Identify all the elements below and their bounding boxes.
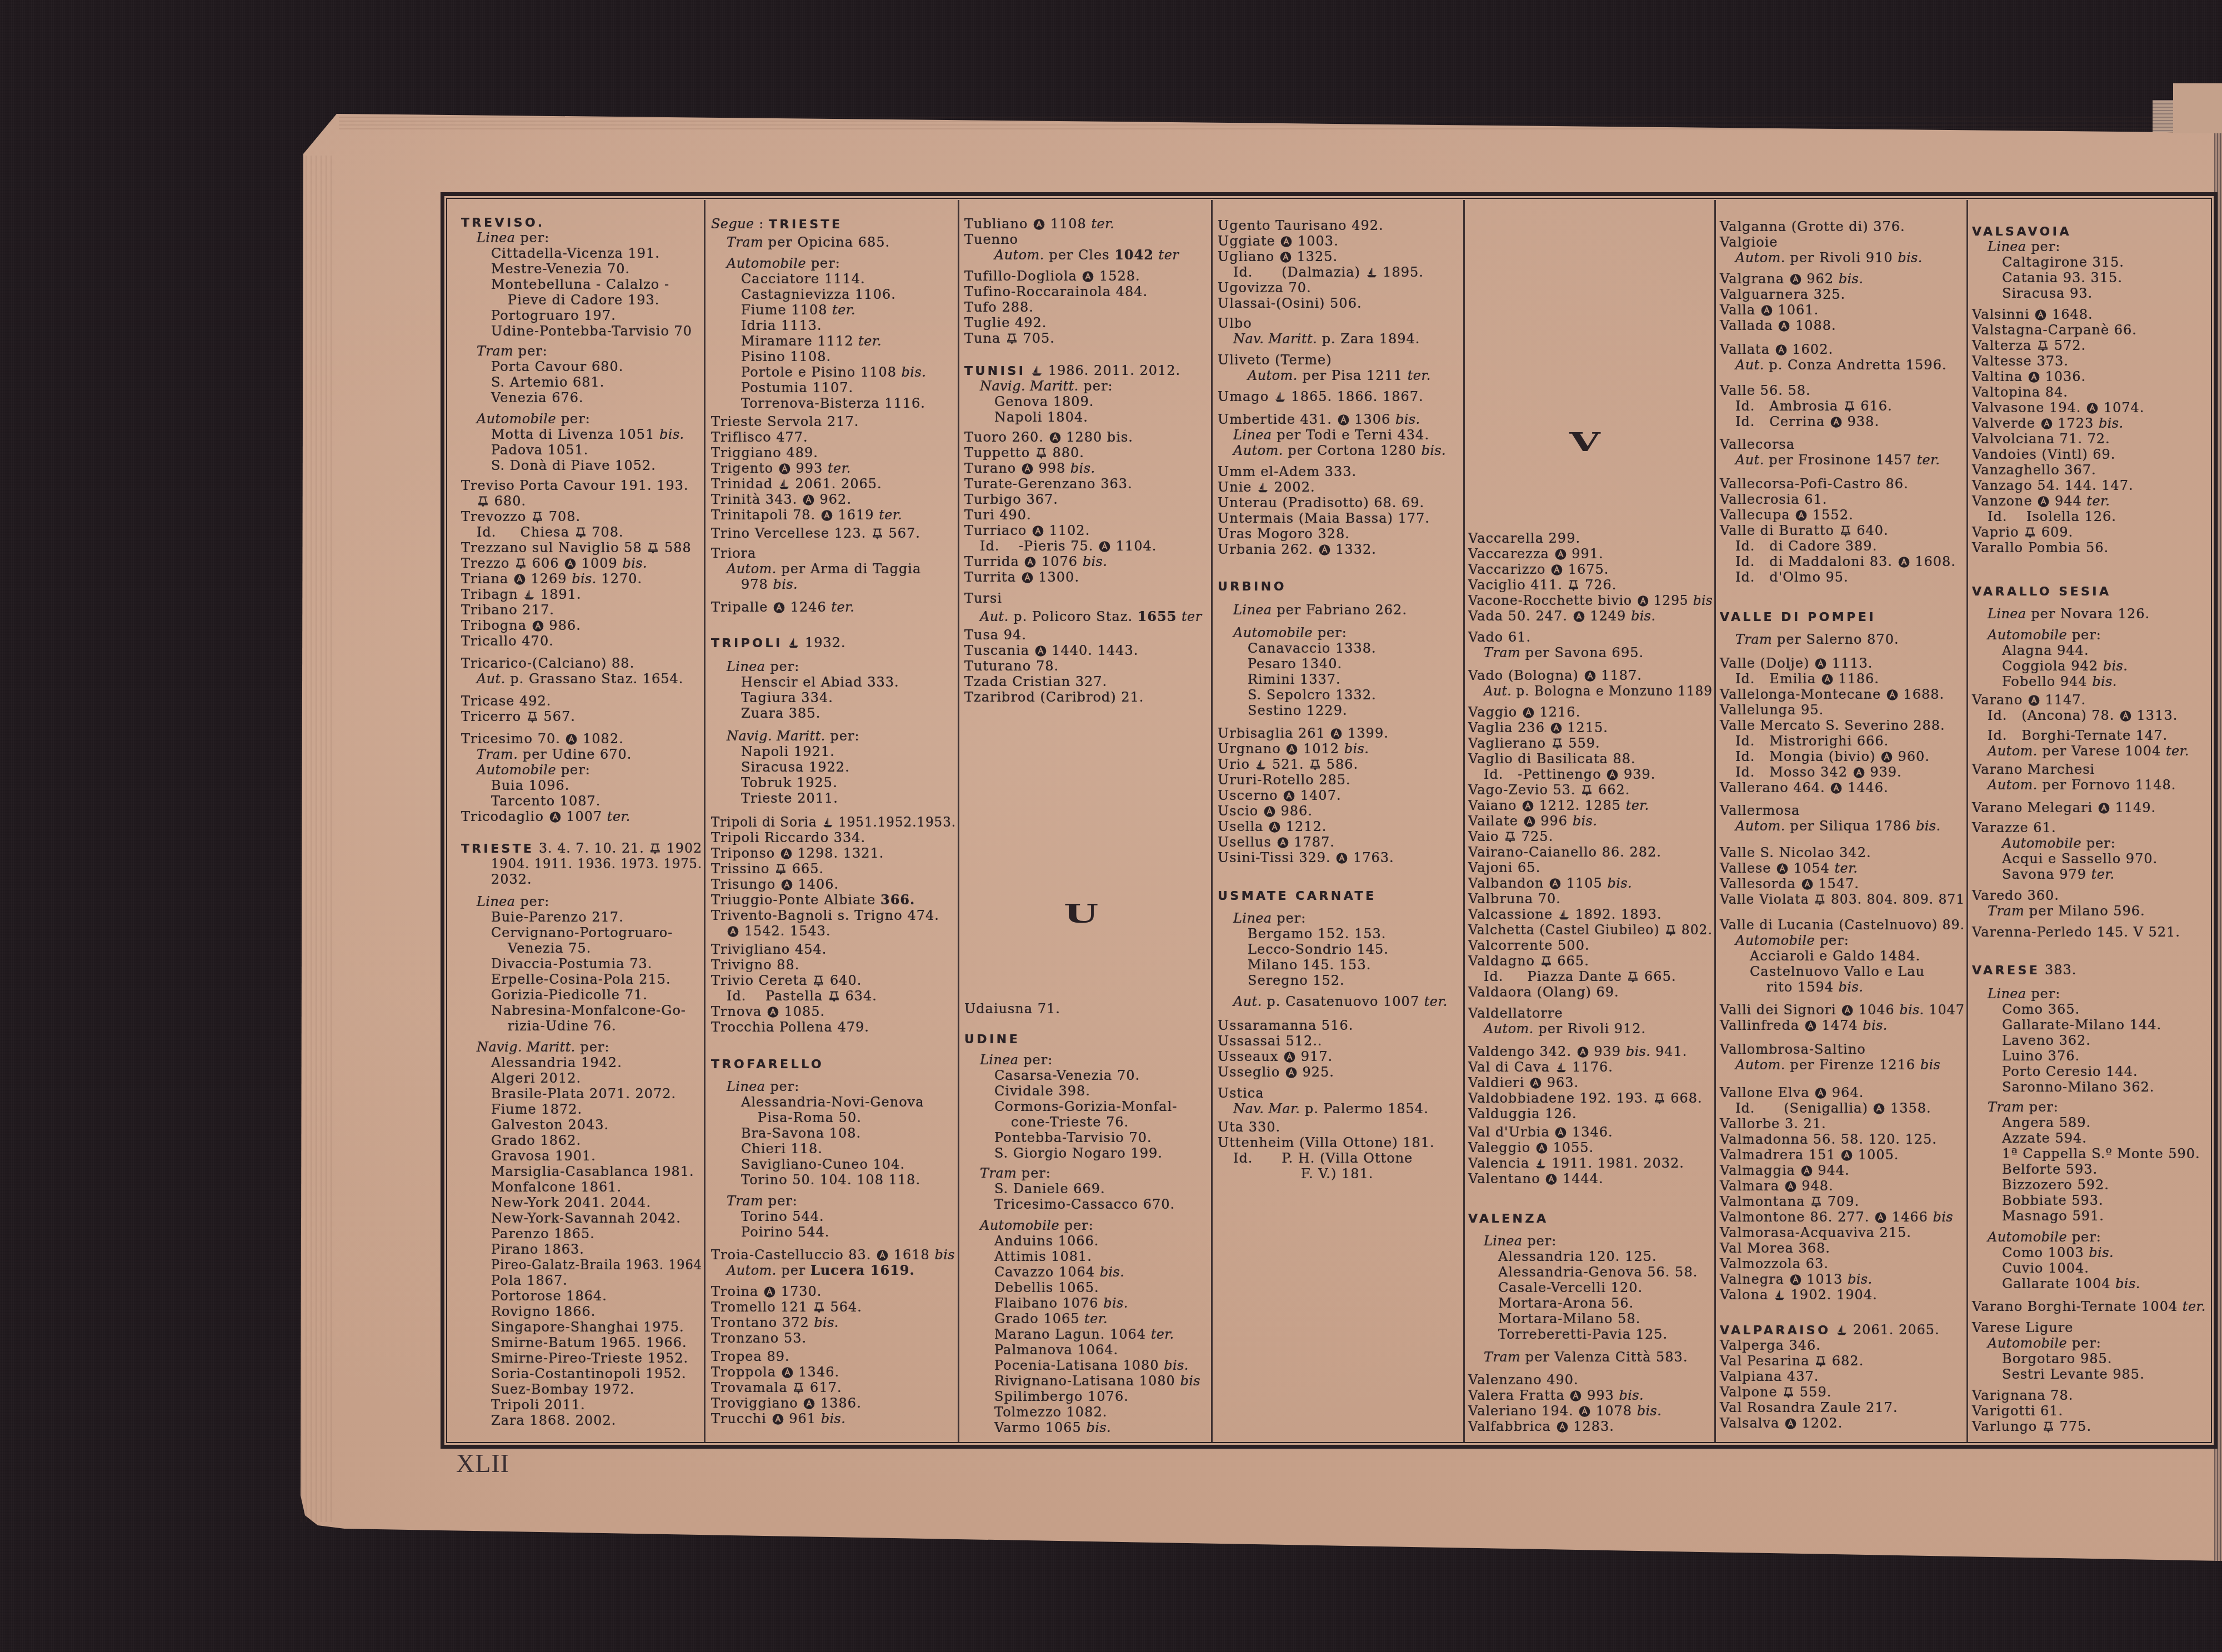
entry-text: 1891.	[536, 587, 581, 602]
entry-text: 1202.	[1797, 1415, 1843, 1431]
entry-content: S. Giorgio Nogaro 199.	[994, 1145, 1163, 1161]
entry-text: Id. Isolella 126.	[1988, 509, 2116, 524]
entry-text: Tricarico-(Calciano) 88.	[461, 655, 634, 671]
entry-content: Tripalle 1246 ter.	[711, 599, 854, 615]
entry-content: Rimini 1337.	[1248, 672, 1341, 687]
entry-text: Porto Ceresio 144.	[2002, 1064, 2138, 1079]
entry-text: Valmorasa-Acquaviva 215.	[1720, 1225, 1911, 1240]
entry-content: Valmaggia 944.	[1720, 1163, 1850, 1178]
entry-content: Vaglia 236 1215.	[1468, 720, 1608, 735]
entry-content: Singapore-Shanghai 1975.	[491, 1319, 684, 1335]
index-entry: Troina 1730.	[711, 1284, 956, 1299]
sub-entry: Id. di Cadore 389.	[1720, 538, 1965, 554]
index-entry: Varedo 360.	[1972, 888, 2214, 903]
sub-entry: Gallarate-Milano 144.	[1972, 1017, 2214, 1033]
entry-text: Valdaora (Olang) 69.	[1468, 984, 1619, 1000]
heading-text: VALSAVOIA	[1972, 225, 2071, 239]
index-entry: Ugliano 1325.	[1218, 249, 1462, 264]
sub-entry: 2032.	[461, 872, 702, 887]
sub-entry: Linea per Fabriano 262.	[1218, 602, 1462, 618]
index-entry: Valmara 948.	[1720, 1178, 1965, 1194]
entry-text: Trnova	[711, 1004, 767, 1019]
italic-label: Linea	[980, 1052, 1019, 1068]
index-entry: Trocchia Pollena 479.	[711, 1019, 956, 1035]
italic-label: bis.	[1839, 979, 1864, 995]
station-heading: VALPARAISO 2061. 2065.	[1720, 1322, 1965, 1338]
index-entry: Tuppetto 880.	[964, 445, 1209, 460]
entry-text: p. Policoro Staz.	[1009, 609, 1138, 624]
entry-content: Savona 979 ter.	[2002, 867, 2115, 882]
entry-text: Tursi	[964, 590, 1002, 606]
entry-text: Lecco-Sondrio 145.	[1248, 942, 1389, 957]
entry-content: Valduggia 126.	[1468, 1106, 1577, 1122]
sub-entry: Casale-Vercelli 120.	[1468, 1280, 1713, 1295]
automobile-icon	[1082, 271, 1094, 283]
entry-content: Gallarate-Milano 144.	[2002, 1017, 2161, 1033]
entry-text: 978	[741, 577, 773, 592]
entry-text: Trinitapoli 78.	[711, 507, 820, 523]
entry-text: Castelnuovo Vallo e Lau	[1750, 964, 1925, 979]
entry-content: Divaccia-Postumia 73.	[491, 956, 652, 972]
entry-text: 668.	[1666, 1090, 1703, 1106]
sub-entry: Portorose 1864.	[461, 1288, 702, 1304]
sub-entry: Autom. per Rivoli 910 bis.	[1720, 250, 1965, 266]
entry-content: Mortara-Arona 56.	[1498, 1295, 1634, 1311]
entry-text: Tripoli di Soria	[711, 814, 822, 830]
index-entry: Umm el-Adem 333.	[1218, 464, 1462, 479]
index-entry: Uttenheim (Villa Ottone) 181.	[1218, 1135, 1462, 1150]
entry-text: Tobruk 1925.	[741, 775, 838, 790]
sub-entry: Siracusa 1922.	[711, 759, 956, 775]
entry-content: Automobile per:	[1988, 1229, 2101, 1245]
entry-content: Automobile per:	[2002, 835, 2116, 851]
entry-text: Trovamala	[711, 1380, 792, 1395]
automobile-icon	[1022, 463, 1033, 475]
entry-text: 1407.	[1295, 788, 1341, 803]
entry-text: Tropea 89.	[711, 1349, 790, 1364]
entry-content: Tzaribrod (Caribrod) 21.	[964, 689, 1144, 705]
italic-label: ter.	[832, 302, 855, 318]
italic-label: ter.	[879, 507, 902, 523]
entry-content: Varignana 78.	[1972, 1388, 2073, 1403]
entry-text: Umago	[1218, 389, 1274, 404]
index-entry: Valtina 1036.	[1972, 369, 2214, 384]
entry-content: Trnova 1085.	[711, 1004, 825, 1019]
entry-content: VALPARAISO 2061. 2065.	[1720, 1322, 1940, 1339]
entry-text: Mortara-Milano 58.	[1498, 1311, 1640, 1326]
index-entry: Tricase 492.	[461, 693, 702, 709]
entry-text: 986.	[1276, 803, 1313, 819]
automobile-icon	[1280, 251, 1292, 263]
entry-content: Tagiura 334.	[741, 690, 833, 705]
entry-text: 1986. 2011. 2012.	[1043, 363, 1180, 378]
entry-text: Palmanova 1064.	[994, 1342, 1118, 1358]
entry-text: 939.	[1865, 764, 1902, 780]
entry-text: 1003.	[1293, 233, 1338, 249]
entry-text: 521.	[1267, 757, 1309, 772]
entry-content: Ulassai-(Osini) 506.	[1218, 296, 1362, 311]
entry-text: Id. -Pettinengo	[1484, 767, 1606, 782]
entry-text: 1007	[562, 809, 607, 824]
entry-content: Vallesorda 1547.	[1720, 876, 1859, 892]
entry-content: Lecco-Sondrio 145.	[1248, 942, 1389, 957]
italic-label: Automobile	[1735, 933, 1815, 948]
sub-entry: Alessandria 1942.	[461, 1055, 702, 1070]
entry-text: per	[777, 1263, 810, 1278]
entry-text: per:	[556, 762, 590, 778]
entry-content: Autom. per Varese 1004 ter.	[1988, 743, 2189, 759]
entry-text: Triflisco 477.	[711, 429, 808, 445]
entry-text: 1046	[1854, 1002, 1899, 1018]
sub-entry: Cittadella-Vicenza 191.	[461, 246, 702, 261]
entry-text: Troviggiano	[711, 1395, 803, 1411]
sub-entry: Gorizia-Piedicolle 71.	[461, 987, 702, 1003]
sub-entry: Caltagirone 315.	[1972, 254, 2214, 270]
entry-text: 1325.	[1292, 249, 1338, 264]
entry-content: Linea per:	[980, 1052, 1053, 1068]
sub-entry: Autom. per Firenze 1216 bis	[1720, 1057, 1965, 1073]
entry-content: Vanzaghello 367.	[1972, 462, 2096, 478]
automobile-icon	[2086, 402, 2098, 414]
sub-entry: Id. (Dalmazia) 1895.	[1218, 264, 1462, 280]
entry-text: Uttenheim (Villa Ottone) 181.	[1218, 1135, 1435, 1150]
entry-text: 1542. 1543.	[739, 923, 831, 939]
index-entry: Vallesorda 1547.	[1720, 876, 1965, 892]
italic-label: ter.	[828, 460, 851, 476]
entry-content: Id. P. H. (Villa Ottone	[1233, 1150, 1413, 1166]
entry-text: Id. Mongia (bivio)	[1735, 749, 1880, 764]
entry-content: Trieste Servola 217.	[711, 414, 859, 429]
entry-text: Valguarnera 325.	[1720, 287, 1845, 302]
entry-content: Henscir el Abiad 333.	[741, 674, 899, 690]
entry-content: Trinidad 2061. 2065.	[711, 476, 882, 492]
entry-content: Palmanova 1064.	[994, 1342, 1118, 1358]
entry-text: Cormons-Gorizia-Monfal-	[994, 1099, 1177, 1114]
entry-text: 993	[1582, 1388, 1619, 1403]
index-entry: Tuoro 260. 1280 bis.	[964, 429, 1209, 445]
entry-text: Nabresina-Monfalcone-Go-	[491, 1003, 686, 1018]
entry-text: Catania 93. 315.	[2002, 270, 2123, 286]
index-entry: Triponso 1298. 1321.	[711, 845, 956, 861]
entry-content: Bra-Savona 108.	[741, 1125, 861, 1141]
entry-content: Alessandria 120. 125.	[1498, 1249, 1657, 1264]
entry-text: 634.	[840, 988, 877, 1004]
index-entry: Turate-Gerenzano 363.	[964, 476, 1209, 492]
sub-entry: Casarsa-Venezia 70.	[964, 1068, 1209, 1083]
sub-entry: Pirano 1863.	[461, 1241, 702, 1257]
entry-text: 941.	[1650, 1044, 1687, 1059]
entry-text: S. Artemio 681.	[491, 374, 604, 390]
entry-text: per:	[1017, 1165, 1051, 1181]
entry-text: per:	[513, 343, 548, 359]
sub-entry: Acqui e Sassello 970.	[1972, 851, 2214, 867]
entry-content: Gravosa 1901.	[491, 1148, 596, 1164]
entry-content: Autom. per Arma di Taggia	[727, 561, 921, 577]
entry-text: Trivigno 88.	[711, 957, 799, 973]
sub-entry: Luino 376.	[1972, 1048, 2214, 1064]
index-entry: Trigento 993 ter.	[711, 460, 956, 476]
entry-content: Autom. per Rivoli 912.	[1484, 1021, 1646, 1037]
entry-text: Urgnano	[1218, 741, 1285, 757]
entry-text: 939.	[1619, 767, 1655, 782]
automobile-icon	[1841, 1004, 1853, 1017]
tram-icon	[1814, 894, 1825, 906]
entry-text: Tzada Cristian 327.	[964, 674, 1107, 689]
entry-text: Triponso	[711, 845, 780, 861]
entry-text: Valverde	[1972, 415, 2040, 431]
entry-content: Valcassione 1892. 1893.	[1468, 907, 1662, 922]
sub-entry: Grado 1065 ter.	[964, 1311, 1209, 1326]
sub-entry: Catania 93. 315.	[1972, 270, 2214, 286]
automobile-icon	[2028, 371, 2040, 383]
entry-text: rito 1594	[1766, 979, 1839, 995]
index-entry: Turi 490.	[964, 507, 1209, 523]
entry-text: Varazze 61.	[1972, 820, 2056, 835]
entry-text: Acciaroli e Galdo 1484.	[1750, 948, 1920, 964]
italic-label: bis.	[1848, 1271, 1873, 1287]
entry-text: Tribano 217.	[461, 602, 554, 618]
entry-text: 1280 bis.	[1062, 429, 1133, 445]
entry-content: Id. (Ancona) 78. 1313.	[1988, 708, 2178, 723]
entry-text: Pontebba-Tarvisio 70.	[994, 1130, 1152, 1145]
entry-text: 775.	[2055, 1419, 2091, 1434]
entry-text: 1688.	[1899, 687, 1944, 702]
index-entry: Valguarnera 325.	[1720, 287, 1965, 302]
entry-text: Varenna-Perledo 145. V 521.	[1972, 924, 2180, 940]
entry-content: Rovigno 1866.	[491, 1304, 595, 1319]
entry-content: Casarsa-Venezia 70.	[994, 1068, 1140, 1083]
tram-icon	[813, 1301, 825, 1314]
entry-content: VALLE DI POMPEI	[1720, 609, 1876, 625]
entry-text: 1012	[1298, 741, 1344, 757]
entry-text: Alessandria 120. 125.	[1498, 1249, 1657, 1264]
tram-icon	[647, 542, 659, 554]
entry-content: Valle Violata 803. 804. 809. 871	[1720, 892, 1965, 907]
entry-content: Torreberetti-Pavia 125.	[1498, 1326, 1668, 1342]
index-entry: Valli dei Signori 1046 bis. 1047	[1720, 1002, 1965, 1018]
sub-entry: Napoli 1921.	[711, 744, 956, 759]
index-entry: Uscerno 1407.	[1218, 788, 1462, 803]
entry-content: Tribano 217.	[461, 602, 554, 618]
italic-label: bis.	[1916, 818, 1941, 834]
heading-text: USMATE CARNATE	[1218, 889, 1377, 903]
entry-text: 640.	[825, 973, 862, 988]
entry-text: Varignana 78.	[1972, 1388, 2073, 1403]
entry-text: 1108	[1045, 216, 1091, 232]
sub-entry: Varmo 1065 bis.	[964, 1420, 1209, 1435]
italic-label: ter.	[1091, 216, 1114, 232]
entry-text: Chieri 118.	[741, 1141, 823, 1157]
ship-icon	[1031, 365, 1043, 377]
entry-text: 1730.	[776, 1284, 822, 1299]
automobile-icon	[821, 509, 833, 522]
entry-text: Marsiglia-Casablanca 1981.	[491, 1164, 694, 1179]
entry-text: Miramare 1112	[741, 333, 858, 349]
entry-content: VARESE 383.	[1972, 962, 2076, 979]
sub-entry: Bizzozero 592.	[1972, 1177, 2214, 1193]
automobile-icon	[1264, 805, 1275, 818]
entry-text: Postumia 1107.	[741, 380, 853, 396]
automobile-icon	[772, 1413, 784, 1425]
sub-entry: New-York 2041. 2044.	[461, 1195, 702, 1210]
heading-text: VALENZA	[1468, 1212, 1549, 1226]
automobile-icon	[1551, 564, 1563, 576]
entry-content: Nav. Mar. p. Palermo 1854.	[1233, 1101, 1429, 1117]
sub-entry: rizia-Udine 76.	[461, 1018, 702, 1034]
automobile-icon	[2098, 802, 2110, 814]
entry-text: 944.	[1813, 1163, 1850, 1178]
entry-text: Vaccarezza	[1468, 546, 1554, 562]
sub-entry: Sestino 1229.	[1218, 703, 1462, 718]
sub-entry: Smirne-Pireo-Trieste 1952.	[461, 1350, 702, 1366]
sub-entry: Cividale 398.	[964, 1083, 1209, 1099]
index-entry: Varallo Pombia 56.	[1972, 540, 2214, 555]
entry-content: Aut. per Frosinone 1457 ter.	[1735, 452, 1940, 468]
entry-content: Spilimbergo 1076.	[994, 1389, 1129, 1404]
entry-content: Valnegra 1013 bis.	[1720, 1271, 1872, 1287]
entry-text: Tricase 492.	[461, 693, 552, 709]
entry-text: Valganna (Grotte di) 376.	[1720, 219, 1905, 234]
entry-content: Pirano 1863.	[491, 1241, 584, 1257]
tram-icon	[1309, 759, 1321, 771]
entry-text: Varallo Pombia 56.	[1972, 540, 2109, 555]
entry-text: Valterza	[1972, 338, 2036, 353]
entry-text: cone-Trieste 76.	[1011, 1114, 1129, 1130]
entry-content: Valfabbrica 1283.	[1468, 1419, 1614, 1434]
entry-content: Aut. p. Conza Andretta 1596.	[1735, 357, 1947, 373]
entry-content: Linea per Todi e Terni 434.	[1233, 427, 1429, 443]
entry-text: 559.	[1795, 1384, 1831, 1400]
entry-text: 1215.	[1563, 720, 1608, 735]
entry-content: Bergamo 152. 153.	[1248, 926, 1386, 942]
entry-text: Alagna 944.	[2002, 643, 2089, 658]
entry-text: Saronno-Milano 362.	[2002, 1079, 2154, 1095]
italic-label: ter.	[607, 809, 630, 824]
sub-entry: Canavaccio 1338.	[1218, 640, 1462, 656]
entry-content: Vaccarezza 991.	[1468, 546, 1604, 562]
index-entry: Varano Marchesi	[1972, 762, 2214, 777]
automobile-icon	[1550, 722, 1562, 734]
entry-content: Ugliano 1325.	[1218, 249, 1338, 264]
entry-text: 680.	[489, 493, 526, 509]
sub-entry: Automobile per:	[711, 256, 956, 271]
entry-content: Ugovizza 70.	[1218, 280, 1312, 296]
automobile-icon	[1280, 236, 1292, 248]
entry-content: Tram per Milano 596.	[1988, 903, 2145, 919]
entry-content: Autom. per Pisa 1211 ter.	[1248, 368, 1431, 383]
entry-content: Siracusa 1922.	[741, 759, 850, 775]
entry-text: Savona 979	[2002, 867, 2091, 882]
entry-text: Varese Ligure	[1972, 1320, 2073, 1335]
sub-entry: Marano Lagun. 1064 ter.	[964, 1326, 1209, 1342]
index-entry: Usellus 1787.	[1218, 834, 1462, 850]
entry-content: Valle di Lucania (Castelnuovo) 89.	[1720, 917, 1965, 933]
entry-text: Vallorbe 3. 21.	[1720, 1116, 1826, 1132]
sub-entry: Divaccia-Postumia 73.	[461, 956, 702, 972]
entry-content: Tarcento 1087.	[491, 793, 600, 809]
entry-text: per Novara 126.	[2026, 606, 2150, 622]
index-entry: Tuna 705.	[964, 331, 1209, 346]
entry-text: Valli dei Signori	[1720, 1002, 1841, 1018]
sub-entry: Id. Borghi-Ternate 147.	[1972, 728, 2214, 743]
entry-content: Attimis 1081.	[994, 1249, 1092, 1264]
entry-text: Valmaggia	[1720, 1163, 1800, 1178]
entry-content: Valmara 948.	[1720, 1178, 1834, 1194]
sub-entry: Navig. Maritt. per:	[964, 378, 1209, 394]
entry-content: Val Morea 368.	[1720, 1240, 1830, 1256]
entry-text: Tufino-Roccarainola 484.	[964, 284, 1148, 299]
entry-text: Turriaco	[964, 523, 1032, 538]
index-entry: Tuturano 78.	[964, 658, 1209, 674]
sub-entry: Porta Cavour 680.	[461, 359, 702, 374]
entry-content: Varano 1147.	[1972, 692, 2086, 708]
entry-text: Valcorrente 500.	[1468, 938, 1590, 953]
entry-content: URBINO	[1218, 578, 1287, 595]
entry-text: Valmadrera 151	[1720, 1147, 1840, 1163]
entry-content: Milano 145. 153.	[1248, 957, 1371, 973]
entry-text: 1306	[1350, 412, 1395, 427]
index-entry: Valentano 1444.	[1468, 1171, 1713, 1187]
entry-text: 1054	[1789, 860, 1834, 876]
index-entry: Trinidad 2061. 2065.	[711, 476, 956, 492]
index-entry: Vallecorsa-Pofi-Castro 86.	[1720, 476, 1965, 492]
entry-text: per:	[2026, 986, 2061, 1002]
entry-text: Tripoli 2011.	[491, 1397, 585, 1413]
entry-content: Vajoni 65.	[1468, 860, 1540, 875]
index-column-6: Valganna (Grotte di) 376.ValgioieAutom. …	[1720, 0, 1965, 1652]
station-heading: VALSAVOIA	[1972, 223, 2214, 239]
entry-content: Soria-Costantinopoli 1952.	[491, 1366, 687, 1381]
italic-label: bis.	[1164, 1358, 1189, 1373]
ship-icon	[523, 589, 535, 601]
automobile-icon	[1790, 1274, 1801, 1286]
entry-content: Varedo 360.	[1972, 888, 2059, 903]
italic-label: bis.	[2115, 1276, 2140, 1291]
sub-entry: Castelnuovo Vallo e Lau	[1720, 964, 1965, 979]
entry-text: per:	[1523, 1233, 1557, 1249]
entry-text: Vaglierano	[1468, 735, 1551, 751]
entry-text: Tripalle	[711, 599, 773, 615]
index-entry: Trinità 343. 962.	[711, 492, 956, 507]
heading-text: TUNISI	[964, 364, 1026, 378]
entry-text: 963.	[1542, 1075, 1579, 1090]
tram-icon	[2037, 340, 2049, 352]
entry-text: Castagnievizza 1106.	[741, 287, 896, 302]
sub-entry: Venezia 676.	[461, 390, 702, 406]
italic-label: Nav. Mar.	[1233, 1101, 1300, 1117]
entry-content: Unterau (Pradisotto) 68. 69.	[1218, 495, 1424, 510]
entry-content: Id. Mongia (bivio) 960.	[1735, 749, 1930, 764]
entry-content: Vairano-Caianello 86. 282.	[1468, 844, 1662, 860]
entry-text: 1005.	[1853, 1147, 1899, 1163]
entry-content: Id. Ambrosia 616.	[1735, 398, 1893, 414]
sub-entry: Aut. per Frosinone 1457 ter.	[1720, 452, 1965, 468]
entry-content: Ururi-Rotello 285.	[1218, 772, 1351, 788]
sub-entry: Automobile per:	[964, 1218, 1209, 1233]
index-entry: Tribogna 986.	[461, 618, 702, 633]
entry-content: Automobile per:	[1988, 627, 2101, 643]
entry-content: Id. Pastella 634.	[727, 988, 877, 1004]
entry-text: Untermais (Maia Bassa) 177.	[1218, 510, 1430, 526]
entry-text: 1346.	[794, 1364, 839, 1380]
entry-text: Id. (Dalmazia)	[1233, 264, 1365, 280]
entry-content: Sestino 1229.	[1248, 703, 1348, 718]
entry-text: Vanzaghello 367.	[1972, 462, 2096, 478]
entry-text: Urio	[1218, 757, 1254, 772]
entry-content: Laveno 362.	[2002, 1033, 2091, 1048]
index-entry: Varano Borghi-Ternate 1004 ter.	[1972, 1299, 2214, 1314]
index-entry: Troviggiano 1386.	[711, 1395, 956, 1411]
